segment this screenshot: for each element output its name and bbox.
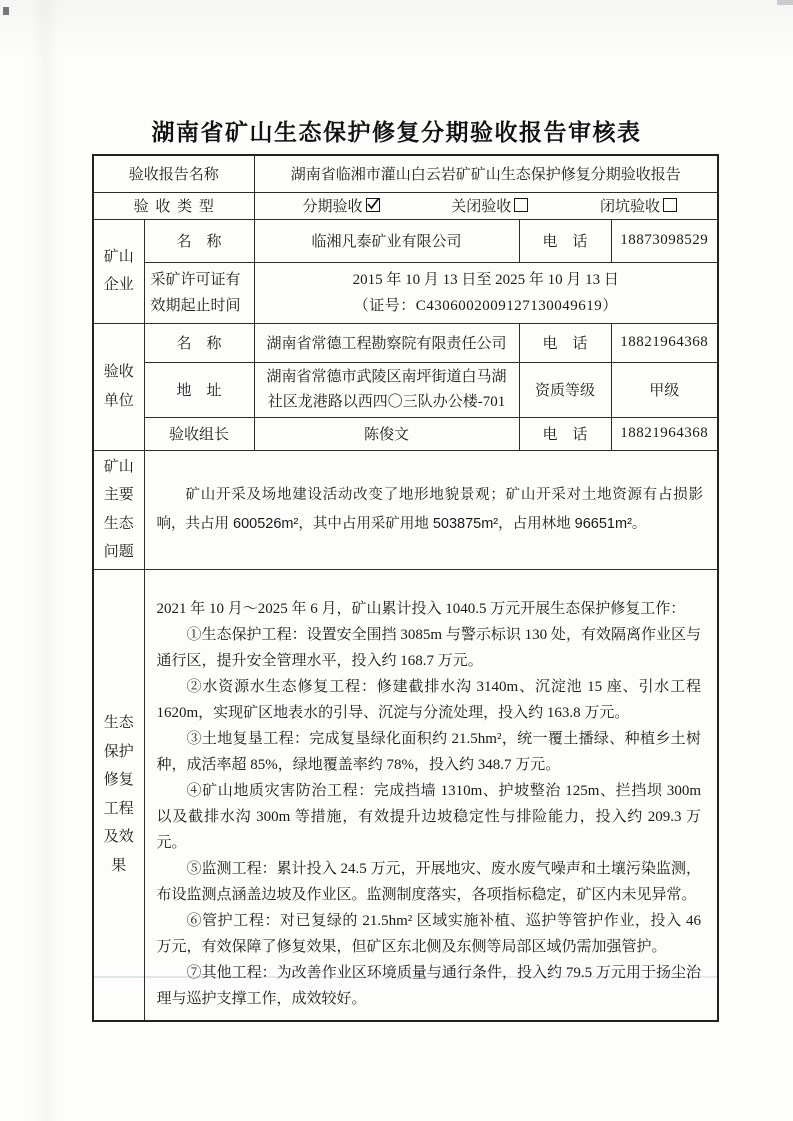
enterprise-group-label: 矿山企业 — [93, 219, 144, 323]
option-pit-closure-acceptance: 闭坑验收 — [600, 195, 677, 216]
restoration-paragraph: ④矿山地质灾害防治工程：完成挡墙 1310m、护坡整治 125m、拦挡坝 300… — [157, 778, 702, 856]
option-label: 分期验收 — [303, 199, 363, 215]
row-unit-address: 地 址 湖南省常德市武陵区南坪街道白马湖社区龙港路以西四〇三队办公楼-701 资… — [93, 362, 718, 417]
enterprise-name-value: 临湘凡泰矿业有限公司 — [254, 219, 519, 262]
scan-shadow-top — [0, 0, 793, 60]
acceptance-type-options: 分期验收 关闭验收 闭坑验收 — [261, 195, 712, 216]
unit-leader-value: 陈俊文 — [254, 417, 519, 450]
unit-phone-label: 电 话 — [519, 323, 611, 362]
restoration-paragraph: 2021 年 10 月～2025 年 6 月，矿山累计投入 1040.5 万元开… — [157, 596, 702, 622]
restoration-paragraph: ③土地复垦工程：完成复垦绿化面积约 21.5hm²，统一覆土播绿、种植乡土树种，… — [157, 726, 702, 778]
unit-qualification-value: 甲级 — [611, 362, 718, 417]
license-period: 2015 年 10 月 13 日至 2025 年 10 月 13 日 — [261, 267, 712, 293]
unit-phone-value: 18821964368 — [611, 323, 718, 362]
unit-name-value: 湖南省常德工程勘察院有限责任公司 — [254, 323, 519, 362]
acceptance-type-label: 验收类型 — [93, 192, 254, 219]
row-enterprise-name: 矿山企业 名 称 临湘凡泰矿业有限公司 电 话 18873098529 — [93, 219, 718, 262]
option-label: 关闭验收 — [451, 199, 511, 215]
option-label: 闭坑验收 — [600, 199, 660, 215]
acceptance-type-cell: 分期验收 关闭验收 闭坑验收 — [254, 192, 718, 219]
row-restoration: 生态保护修复工程及效果 2021 年 10 月～2025 年 6 月，矿山累计投… — [93, 569, 718, 1021]
option-closure-acceptance: 关闭验收 — [451, 195, 528, 216]
scan-artifact-top-left — [3, 7, 9, 15]
leader-phone-value: 18821964368 — [611, 417, 718, 450]
eco-problems-content: 矿山开采及场地建设活动改变了地形地貌景观；矿山开采对土地资源有占损影响，共占用 … — [144, 450, 718, 569]
row-acceptance-type: 验收类型 分期验收 关闭验收 闭坑验收 — [93, 192, 718, 219]
enterprise-phone-value: 18873098529 — [611, 219, 718, 262]
row-eco-problems: 矿山主要生态问题 矿山开采及场地建设活动改变了地形地貌景观；矿山开采对土地资源有… — [93, 450, 718, 569]
scanned-document-page: 湖南省矿山生态保护修复分期验收报告审核表 验收报告名称 湖南省临湘市灌山白云岩矿… — [0, 0, 793, 1121]
restoration-paragraph: ②水资源水生态修复工程：修建截排水沟 3140m、沉淀池 15 座、引水工程 1… — [157, 674, 702, 726]
license-value: 2015 年 10 月 13 日至 2025 年 10 月 13 日 （证号：C… — [254, 262, 718, 323]
report-name-label: 验收报告名称 — [93, 155, 254, 192]
license-label: 采矿许可证有效期起止时间 — [144, 262, 254, 323]
restoration-paragraph: ⑥管护工程：对已复绿的 21.5hm² 区域实施补植、巡护等管护作业，投入 46… — [157, 908, 702, 960]
unit-address-value: 湖南省常德市武陵区南坪街道白马湖社区龙港路以西四〇三队办公楼-701 — [254, 362, 519, 417]
unit-address-label: 地 址 — [144, 362, 254, 417]
restoration-paragraph: ⑤监测工程：累计投入 24.5 万元，开展地灾、废水废气噪声和土壤污染监测，布设… — [157, 856, 702, 908]
enterprise-phone-label: 电 话 — [519, 219, 611, 262]
unit-leader-label: 验收组长 — [144, 417, 254, 450]
report-name-value: 湖南省临湘市灌山白云岩矿矿山生态保护修复分期验收报告 — [254, 155, 718, 192]
scan-shadow-left — [30, 0, 60, 1121]
unit-qualification-label: 资质等级 — [519, 362, 611, 417]
restoration-label: 生态保护修复工程及效果 — [93, 569, 144, 1021]
checkbox-icon — [663, 198, 677, 212]
license-number: （证号：C4306002009127130049619） — [261, 293, 712, 319]
restoration-paragraph: ①生态保护工程：设置安全围挡 3085m 与警示标识 130 处，有效隔离作业区… — [157, 622, 702, 674]
unit-name-label: 名 称 — [144, 323, 254, 362]
scan-artifact-top-right — [777, 0, 793, 5]
checkbox-icon — [366, 198, 380, 212]
acceptance-review-table: 验收报告名称 湖南省临湘市灌山白云岩矿矿山生态保护修复分期验收报告 验收类型 分… — [92, 154, 719, 1022]
restoration-content: 2021 年 10 月～2025 年 6 月，矿山累计投入 1040.5 万元开… — [144, 569, 718, 1021]
page-title: 湖南省矿山生态保护修复分期验收报告审核表 — [0, 114, 793, 147]
row-mining-license: 采矿许可证有效期起止时间 2015 年 10 月 13 日至 2025 年 10… — [93, 262, 718, 323]
leader-phone-label: 电 话 — [519, 417, 611, 450]
enterprise-name-label: 名 称 — [144, 219, 254, 262]
option-phased-acceptance: 分期验收 — [303, 195, 380, 216]
row-unit-leader: 验收组长 陈俊文 电 话 18821964368 — [93, 417, 718, 450]
unit-group-label: 验收单位 — [93, 323, 144, 450]
restoration-paragraph: ⑦其他工程：为改善作业区环境质量与通行条件，投入约 79.5 万元用于扬尘治理与… — [157, 960, 702, 1012]
row-report-name: 验收报告名称 湖南省临湘市灌山白云岩矿矿山生态保护修复分期验收报告 — [93, 155, 718, 192]
eco-problems-label: 矿山主要生态问题 — [93, 450, 144, 569]
checkbox-icon — [514, 198, 528, 212]
row-unit-name: 验收单位 名 称 湖南省常德工程勘察院有限责任公司 电 话 1882196436… — [93, 323, 718, 362]
